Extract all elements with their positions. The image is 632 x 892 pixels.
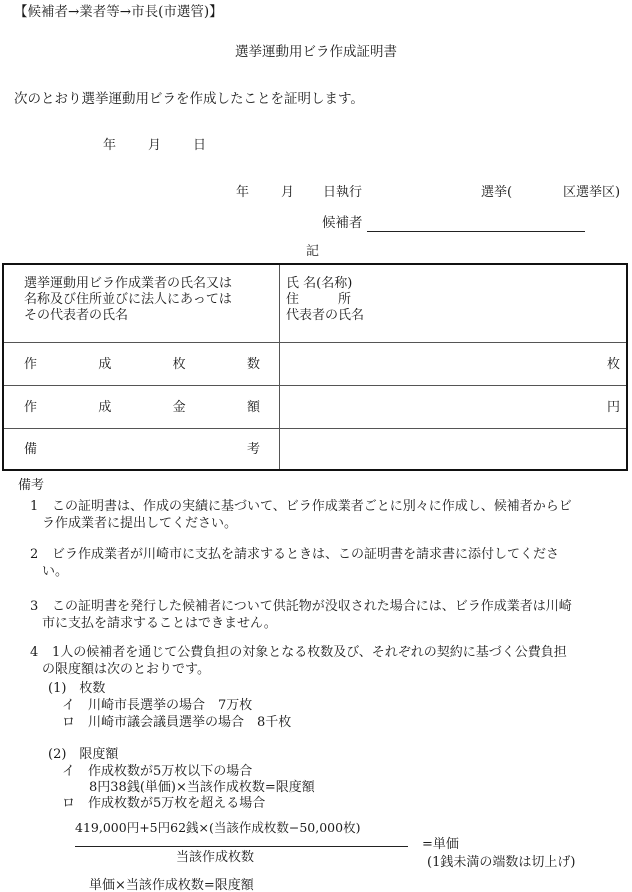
vendor-label-line: その代表者の氏名 (24, 308, 260, 324)
table-row-amount: 作 成 金 額 円 (4, 386, 626, 429)
limit-final-formula: 単価×当該作成枚数=限度額 (89, 879, 254, 892)
document-title: 選挙運動用ビラ作成証明書 (0, 46, 632, 60)
limit-heading: (2) 限度額 (48, 748, 118, 761)
limit-case-over: ロ 作成枚数が5万枚を超える場合 (62, 797, 265, 810)
label-char: 金 (173, 401, 186, 414)
label-char: 成 (98, 358, 111, 371)
issue-year-label[interactable]: 年 (103, 139, 116, 152)
sheet-unit: 枚 (607, 358, 620, 371)
note-line: い。 (30, 563, 630, 580)
limit-formula-under: 8円38銭(単価)×当該作成枚数=限度額 (89, 781, 315, 794)
vendor-label-line: 名称及び住所並びに法人にあっては (24, 292, 260, 308)
sheets-heading: (1) 枚数 (48, 682, 105, 695)
election-day-held-label[interactable]: 日執行 (323, 186, 362, 199)
amount-label: 作 成 金 額 (24, 401, 260, 414)
vendor-representative-field[interactable]: 代表者の氏名 (286, 308, 616, 324)
note-number: 1 (30, 498, 52, 515)
label-char: 成 (98, 401, 111, 414)
note-line: ビラ作成業者が川崎市に支払を請求するときは、この証明書を請求書に添付してくださ (52, 547, 559, 562)
election-district-label[interactable]: 区選挙区) (563, 186, 620, 199)
sheet-count-field[interactable] (286, 343, 626, 386)
note-item-2: 2ビラ作成業者が川崎市に支払を請求するときは、この証明書を請求書に添付してくださ… (30, 546, 630, 580)
election-month-label[interactable]: 月 (281, 186, 294, 199)
notes-heading: 備考 (18, 479, 44, 492)
amount-field[interactable] (286, 386, 626, 429)
note-line: 1人の候補者を通じて公費負担の対象となる枚数及び、それぞれの契約に基づく公費負担 (52, 645, 567, 660)
label-char: 額 (247, 401, 260, 414)
remarks-field[interactable] (286, 429, 626, 469)
vendor-label-line: 選挙運動用ビラ作成業者の氏名又は (24, 276, 260, 292)
vendor-address-field[interactable]: 住 所 (286, 292, 616, 308)
table-row-vendor: 選挙運動用ビラ作成業者の氏名又は 名称及び住所並びに法人にあっては その代表者の… (4, 265, 626, 343)
ki-heading: 記 (306, 245, 319, 258)
vendor-value-cell[interactable]: 氏 名(名称) 住 所 代表者の氏名 (286, 276, 616, 324)
note-line: の限度額は次のとおりです。 (30, 661, 630, 678)
unit-price-equals: =単価 (422, 838, 459, 851)
election-year-label[interactable]: 年 (236, 186, 249, 199)
note-number: 3 (30, 598, 52, 615)
fraction-numerator: 419,000円+5円62銭×(当該作成枚数−50,000枚) (75, 822, 360, 835)
route-tag: 【候補者→業者等→市長(市選管)】 (14, 6, 223, 20)
yen-unit: 円 (607, 401, 620, 414)
note-number: 4 (30, 644, 52, 661)
label-char: 枚 (173, 358, 186, 371)
note-item-1: 1この証明書は、作成の実績に基づいて、ビラ作成業者ごとに別々に作成し、候補者から… (30, 498, 630, 532)
remarks-label: 備 考 (24, 443, 260, 456)
vendor-name-field[interactable]: 氏 名(名称) (286, 276, 616, 292)
note-line: ラ作成業者に提出してください。 (30, 515, 630, 532)
vendor-label: 選挙運動用ビラ作成業者の氏名又は 名称及び住所並びに法人にあっては その代表者の… (24, 276, 260, 324)
issue-day-label[interactable]: 日 (193, 139, 206, 152)
limit-case-under: イ 作成枚数が5万枚以下の場合 (62, 765, 252, 778)
certificate-table: 選挙運動用ビラ作成業者の氏名又は 名称及び住所並びに法人にあっては その代表者の… (2, 263, 628, 471)
rounding-note: (1銭未満の端数は切上げ) (427, 856, 575, 869)
sheets-mayor: イ 川崎市長選挙の場合 7万枚 (62, 699, 252, 712)
election-type-label[interactable]: 選挙( (481, 186, 512, 199)
note-line: 市に支払を請求することはできません。 (30, 615, 630, 632)
fraction-bar (75, 846, 408, 847)
label-char: 数 (247, 358, 260, 371)
label-char: 備 (24, 443, 37, 456)
note-item-4: 41人の候補者を通じて公費負担の対象となる枚数及び、それぞれの契約に基づく公費負… (30, 644, 630, 678)
note-line: この証明書は、作成の実績に基づいて、ビラ作成業者ごとに別々に作成し、候補者からビ (52, 499, 572, 514)
label-char: 作 (24, 401, 37, 414)
note-line: この証明書を発行した候補者について供託物が没収された場合には、ビラ作成業者は川崎 (52, 599, 572, 614)
intro-text: 次のとおり選挙運動用ビラを作成したことを証明します。 (14, 93, 364, 107)
fraction-denominator: 当該作成枚数 (176, 851, 254, 864)
label-char: 作 (24, 358, 37, 371)
candidate-label: 候補者 (322, 217, 363, 231)
table-row-sheet-count: 作 成 枚 数 枚 (4, 343, 626, 386)
label-char: 考 (247, 443, 260, 456)
sheets-council: ロ 川崎市議会議員選挙の場合 8千枚 (62, 716, 291, 729)
issue-month-label[interactable]: 月 (148, 139, 161, 152)
sheet-count-label: 作 成 枚 数 (24, 358, 260, 371)
candidate-name-field[interactable] (367, 231, 585, 232)
note-item-3: 3この証明書を発行した候補者について供託物が没収された場合には、ビラ作成業者は川… (30, 598, 630, 632)
note-number: 2 (30, 546, 52, 563)
table-row-remarks: 備 考 (4, 429, 626, 469)
